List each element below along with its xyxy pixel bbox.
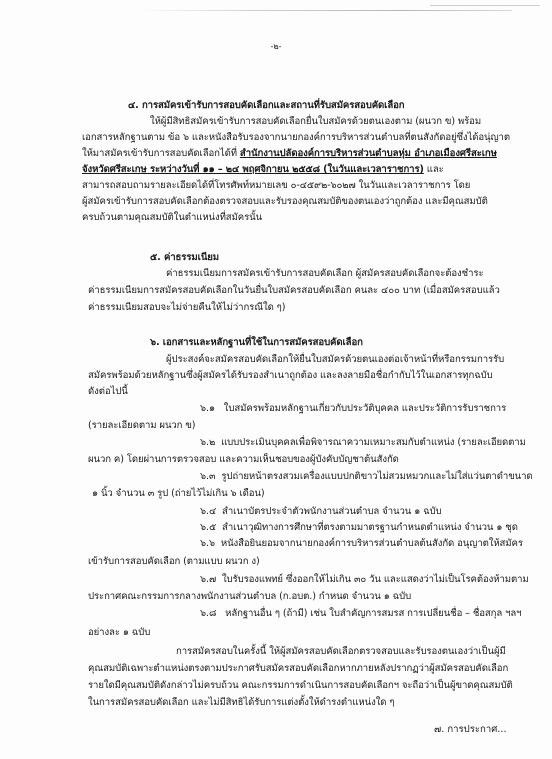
scan-artifact-line xyxy=(140,10,512,11)
list-item-6-7: ๖.๗ ใบรับรองแพทย์ ซึ่งออกให้ไม่เกิน ๓๐ ว… xyxy=(200,574,529,586)
section-5-line-1: ค่าธรรมเนียมการสมัครเข้ารับการสอบคัดเลือ… xyxy=(166,268,484,280)
list-item-6-1-cont: (รายละเอียดตาม ผนวก ข) xyxy=(88,420,195,432)
item-text: หลักฐานอื่น ๆ (ถ้ามี) เช่น ใบสำคัญการสมร… xyxy=(225,608,521,619)
item-number: ๖.๒ xyxy=(200,437,215,448)
list-item-6-6-cont: เข้ารับการสอบคัดเลือก (ตามแบบ ผนวก ง) xyxy=(88,556,260,568)
section-6-intro-1: ผู้ประสงค์จะสมัครสอบคัดเลือกให้ยื่นใบสมั… xyxy=(166,354,504,366)
item-text: รูปถ่ายหน้าตรงสวมเครื่องแบบปกติขาวไม่สวม… xyxy=(221,471,532,482)
item-text: สำเนาบัตรประจำตัวพนักงานส่วนตำบล จำนวน ๑… xyxy=(222,506,442,517)
continuation-note: ๗. การประกาศ... xyxy=(434,722,507,737)
list-item-6-6: ๖.๖ หนังสือยินยอมจากนายกองค์การบริหารส่ว… xyxy=(200,538,523,550)
item-number: ๖.๖ xyxy=(200,538,215,549)
item-number: ๖.๘ xyxy=(200,608,216,619)
list-item-6-8-cont: อย่างละ ๑ ฉบับ xyxy=(88,627,150,639)
page-number: -๒- xyxy=(0,40,552,53)
list-item-6-7-cont: ประกาศคณะกรรมการกลางพนักงานส่วนตำบล (ก.อ… xyxy=(88,591,411,603)
list-item-6-3: ๖.๓ รูปถ่ายหน้าตรงสวมเครื่องแบบปกติขาวไม… xyxy=(200,471,533,483)
section-5-line-2-fee: ค่าธรรมเนียมการสมัครสอบคัดเลือกในวันยื่น… xyxy=(88,285,500,297)
scan-artifact-line xyxy=(430,5,540,6)
item-text: สำเนาวุฒิทางการศึกษาที่ตรงตามมาตรฐานกำหน… xyxy=(222,522,518,533)
section-6-intro-2: สมัครพร้อมด้วยหลักฐานซึ่งผู้สมัครได้รับร… xyxy=(88,370,493,382)
list-item-6-1: ๖.๑ ใบสมัครพร้อมหลักฐานเกี่ยวกับประวัติบ… xyxy=(200,403,506,415)
closing-line-2: คุณสมบัติเฉพาะตำแหน่งตรงตามประกาศรับสมัค… xyxy=(88,663,508,675)
section-5-line-3: ค่าธรรมเนียมสอบจะไม่จ่ายคืนให้ไม่ว่ากรณี… xyxy=(88,302,285,314)
section-5-heading: ๕. ค่าธรรมเนียม xyxy=(150,252,219,264)
closing-line-4: ในการสมัครสอบคัดเลือก และไม่มีสิทธิได้รั… xyxy=(88,697,394,709)
item-number: ๖.๔ xyxy=(200,506,216,517)
section-4-line-2: เอกสารหลักฐานตาม ข้อ ๖ และหนังสือรับรองจ… xyxy=(82,132,510,144)
section-6-intro-3: ดังต่อไปนี้ xyxy=(88,386,128,398)
list-item-6-2-cont: ผนวก ค) โดยผ่านการตรวจสอบ และความเห็นชอบ… xyxy=(88,454,399,466)
section-4-line-3: ให้มาสมัครเข้ารับการสอบคัดเลือกได้ที่ สำ… xyxy=(82,148,497,160)
closing-line-1: การสมัครสอบในครั้งนี้ ให้ผู้สมัครสอบคัดเ… xyxy=(176,646,506,658)
section-4-line-4-suffix: และ xyxy=(424,164,444,175)
item-number: ๖.๗ xyxy=(200,574,216,585)
list-item-6-2: ๖.๒ แบบประเมินบุคคลเพื่อพิจารณาความเหมาะ… xyxy=(200,437,526,449)
closing-line-3: รายใดมีคุณสมบัติดังกล่าวไม่ครบถ้วน คณะกร… xyxy=(88,680,513,692)
item-text: หนังสือยินยอมจากนายกองค์การบริหารส่วนตำบ… xyxy=(221,538,523,549)
item-text: ใบสมัครพร้อมหลักฐานเกี่ยวกับประวัติบุคคล… xyxy=(224,403,506,414)
section-6-heading: ๖. เอกสารและหลักฐานที่ใช้ในการสมัครสอบคั… xyxy=(150,337,363,349)
list-item-6-4: ๖.๔ สำเนาบัตรประจำตัวพนักงานส่วนตำบล จำน… xyxy=(200,506,442,518)
list-item-6-8: ๖.๘ หลักฐานอื่น ๆ (ถ้ามี) เช่น ใบสำคัญกา… xyxy=(200,608,521,620)
section-4-line-5-phone: สามารถสอบถามรายละเอียดได้ที่โทรศัพท์หมาย… xyxy=(82,180,470,192)
item-number: ๖.๕ xyxy=(200,522,216,533)
section-4-line-1: ให้ผู้มีสิทธิสมัครเข้ารับการสอบคัดเลือกย… xyxy=(150,116,481,128)
application-location: สำนักงานปลัดองค์การบริหารส่วนตำบลหุ่ม อำ… xyxy=(240,148,497,159)
item-number: ๖.๓ xyxy=(200,471,215,482)
section-4-line-3-text: ให้มาสมัครเข้ารับการสอบคัดเลือกได้ที่ xyxy=(82,148,240,159)
application-dates: จังหวัดศรีสะเกษ ระหว่างวันที่ ๑๑ – ๒๔ พฤ… xyxy=(82,164,424,175)
item-number: ๖.๑ xyxy=(200,403,215,414)
section-4-heading: ๔. การสมัครเข้ารับการสอบคัดเลือกและสถานท… xyxy=(128,100,404,112)
item-text: แบบประเมินบุคคลเพื่อพิจารณาความเหมาะสมกั… xyxy=(221,437,526,448)
item-text: ใบรับรองแพทย์ ซึ่งออกให้ไม่เกิน ๓๐ วัน แ… xyxy=(222,574,529,585)
list-item-6-3-cont: ๑ นิ้ว จำนวน ๓ รูป (ถ่ายไว้ไม่เกิน ๖ เดื… xyxy=(92,488,265,500)
document-page: -๒- ๔. การสมัครเข้ารับการสอบคัดเลือกและส… xyxy=(0,0,552,759)
list-item-6-5: ๖.๕ สำเนาวุฒิทางการศึกษาที่ตรงตามมาตรฐาน… xyxy=(200,522,518,534)
section-4-line-6: ผู้สมัครเข้ารับการสอบคัดเลือกต้องตรวจสอบ… xyxy=(82,196,488,208)
section-4-line-4: จังหวัดศรีสะเกษ ระหว่างวันที่ ๑๑ – ๒๔ พฤ… xyxy=(82,164,444,176)
section-4-line-7: ครบถ้วนตามคุณสมบัติในตำแหน่งที่สมัครนั้น xyxy=(82,212,262,224)
